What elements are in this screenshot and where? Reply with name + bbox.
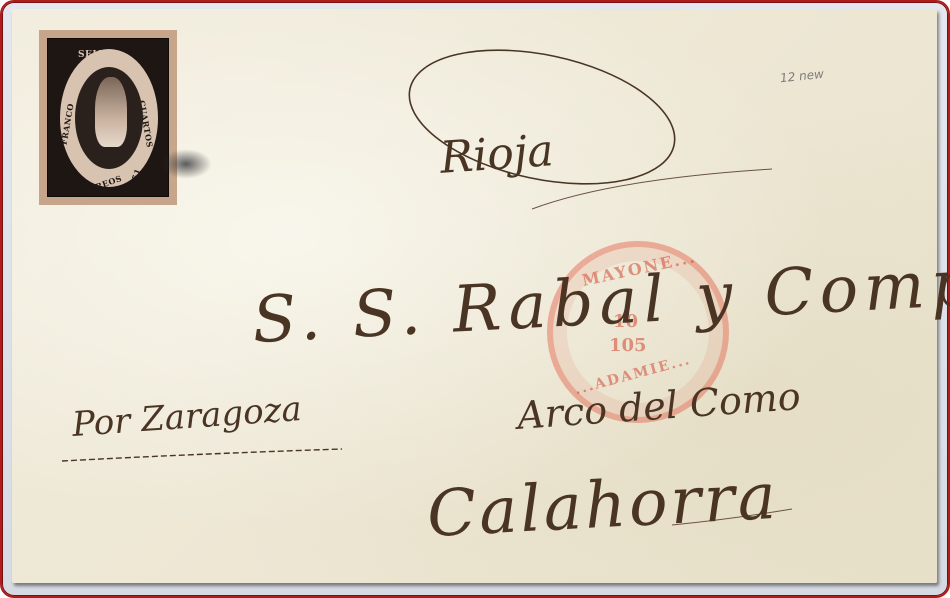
postal-cover: SEIS FRANCO CUARTOS CORREOS 1851 MAYONE.… [12, 9, 937, 583]
route-text: Rioja [438, 125, 555, 184]
